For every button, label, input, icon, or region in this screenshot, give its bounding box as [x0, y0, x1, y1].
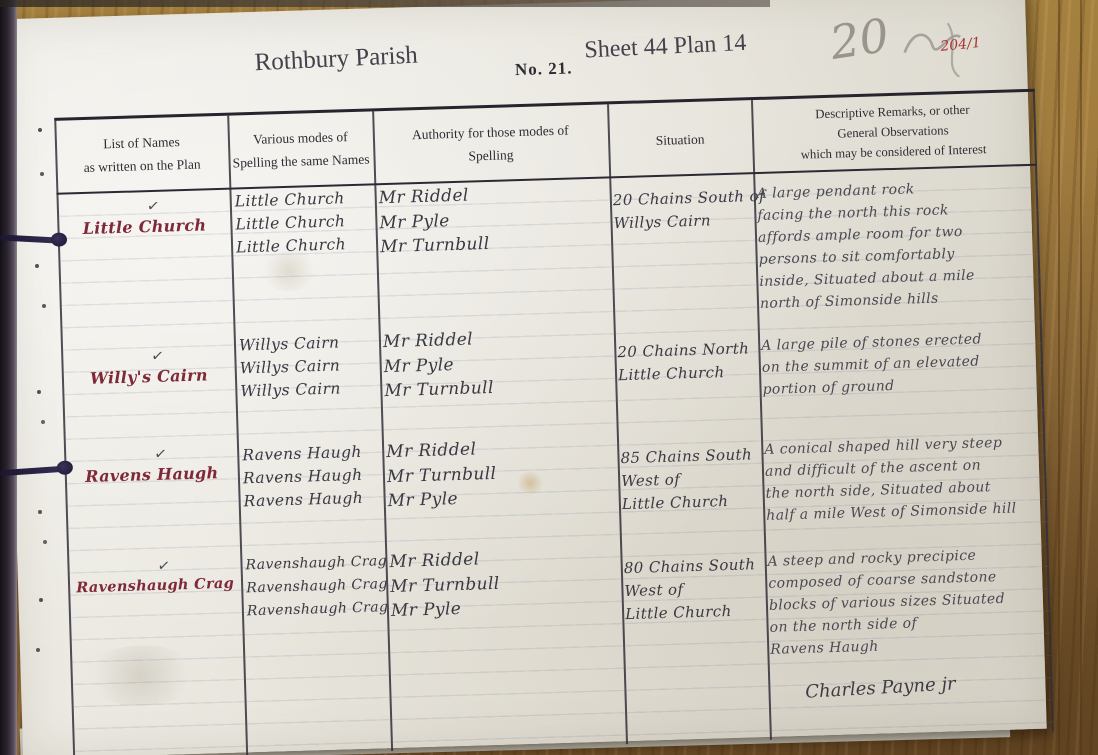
remarks-cell: A large pendant rock facing the north th…: [756, 175, 1041, 315]
spellings-cell: Ravens Haugh Ravens Haugh Ravens Haugh: [242, 440, 386, 513]
situation-line: Little Church: [618, 360, 759, 387]
remarks-cell: A large pile of stones erected on the su…: [761, 327, 1044, 401]
spelling-line: Willys Cairn: [240, 376, 383, 403]
situation-line: 20 Chains North: [617, 337, 758, 364]
plan-name: Little Church: [82, 215, 206, 238]
column-header-situation: Situation: [607, 100, 753, 176]
photo-edge: [0, 0, 770, 7]
spellings-cell: Little Church Little Church Little Churc…: [234, 186, 378, 259]
situation-cell: 20 Chains North Little Church: [617, 337, 758, 387]
spelling-line: Ravens Haugh: [243, 486, 386, 513]
situation-cell: 80 Chains South West of Little Church: [623, 553, 765, 626]
spelling-line: Little Church: [236, 232, 379, 259]
situation-line: Willys Cairn: [613, 208, 754, 235]
spellings-cell: Ravenshaugh Crag Ravenshaugh Crag Ravens…: [245, 550, 389, 623]
binding-holes: [38, 128, 42, 132]
column-header-names: List of Names as written on the Plan: [54, 116, 229, 193]
pencil-annotation: 20: [826, 8, 892, 70]
authority-cell: Mr Riddel Mr Turnbull Mr Pyle: [389, 543, 619, 623]
name-book-page: Rothbury Parish No. 21. Sheet 44 Plan 14…: [1, 0, 1047, 755]
authority-cell: Mr Riddel Mr Pyle Mr Turnbull: [378, 179, 608, 259]
situation-cell: 85 Chains South West of Little Church: [620, 443, 762, 516]
parish-title: Rothbury Parish: [254, 42, 418, 78]
page-number-label: No. 21.: [515, 58, 573, 80]
authority-cell: Mr Riddel Mr Pyle Mr Turnbull: [383, 323, 613, 403]
wood-grain-line: [1058, 0, 1060, 755]
plan-name: Willy's Cairn: [90, 365, 208, 387]
book-spine-edge: [0, 0, 17, 755]
table-border: [54, 121, 74, 755]
situation-line: Little Church: [622, 489, 763, 516]
remarks-cell: A conical shaped hill very steep and dif…: [764, 431, 1047, 527]
wood-grain-line: [1080, 0, 1082, 755]
authority-cell: Mr Riddel Mr Turnbull Mr Pyle: [386, 433, 616, 513]
photographed-register-page: Rothbury Parish No. 21. Sheet 44 Plan 14…: [0, 0, 1098, 755]
column-header-spelling: Various modes of Spelling the same Names: [227, 111, 374, 187]
remarks-cell: A steep and rocky precipice composed of …: [767, 543, 1051, 661]
column-header-remarks: Descriptive Remarks, or other General Ob…: [751, 92, 1035, 172]
situation-line: 85 Chains South: [620, 443, 761, 470]
situation-line: 80 Chains South: [623, 553, 764, 580]
situation-cell: 20 Chains South of Willys Cairn: [613, 185, 754, 235]
sheet-plan-label: Sheet 44 Plan 14: [584, 30, 747, 65]
spellings-cell: Willys Cairn Willys Cairn Willys Cairn: [239, 330, 383, 403]
spelling-line: Ravenshaugh Crag: [247, 596, 390, 623]
plan-name: Ravens Haugh: [85, 463, 219, 486]
column-header-authority: Authority for those modes of Spelling: [372, 104, 609, 183]
plan-name: Ravenshaugh Crag: [76, 575, 234, 597]
situation-line: Little Church: [625, 599, 766, 626]
situation-line: 20 Chains South of: [613, 185, 754, 212]
